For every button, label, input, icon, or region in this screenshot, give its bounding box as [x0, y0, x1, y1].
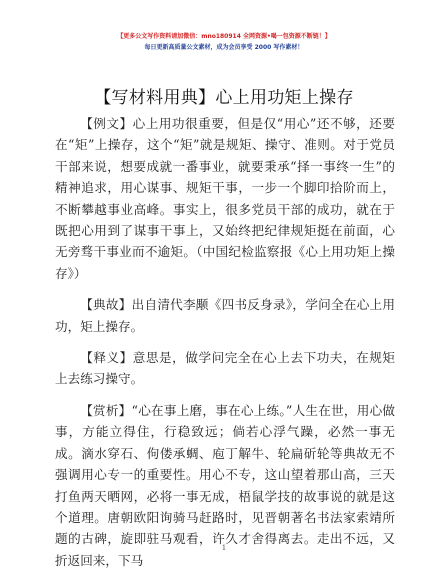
- paragraph-text: “心在事上磨，事在心上练。”人生在世，用心做事，方能立得住，行稳致远；倘若心浮气…: [55, 403, 395, 568]
- section-tag: 【释义】: [80, 350, 133, 365]
- document-title: 【写材料用典】心上用功矩上操存: [0, 83, 448, 108]
- promo-banner-line-1: 【更多公文写作资料请加微信：mno180914 全网资源•喝一包资源不断链！】: [0, 31, 448, 40]
- document-page: 【更多公文写作资料请加微信：mno180914 全网资源•喝一包资源不断链！】 …: [0, 0, 448, 580]
- paragraph-interpretation: 【释义】意思是，做学问完全在心上去下功夫，在规矩上去练习操守。: [55, 347, 395, 390]
- promo-banner-line-2: 每日更新高质量公文素材，成为会员享受 2000 写作素材！: [0, 42, 448, 51]
- page-number: 1: [0, 544, 448, 552]
- paragraph-text: 心上用功很重要，但是仅“用心”还不够，还要在“矩”上操存，这个“矩”就是规矩、操…: [55, 116, 395, 281]
- section-tag: 【典故】: [80, 297, 131, 312]
- paragraph-allusion: 【典故】出自清代李颙《四书反身录》，学问全在心上用功，矩上操存。: [55, 294, 395, 337]
- document-body: 【例文】心上用功很重要，但是仅“用心”还不够，还要在“矩”上操存，这个“矩”就是…: [55, 113, 395, 580]
- section-tag: 【例文】: [80, 116, 132, 131]
- paragraph-example: 【例文】心上用功很重要，但是仅“用心”还不够，还要在“矩”上操存，这个“矩”就是…: [55, 113, 395, 284]
- section-tag: 【赏析】: [80, 403, 131, 418]
